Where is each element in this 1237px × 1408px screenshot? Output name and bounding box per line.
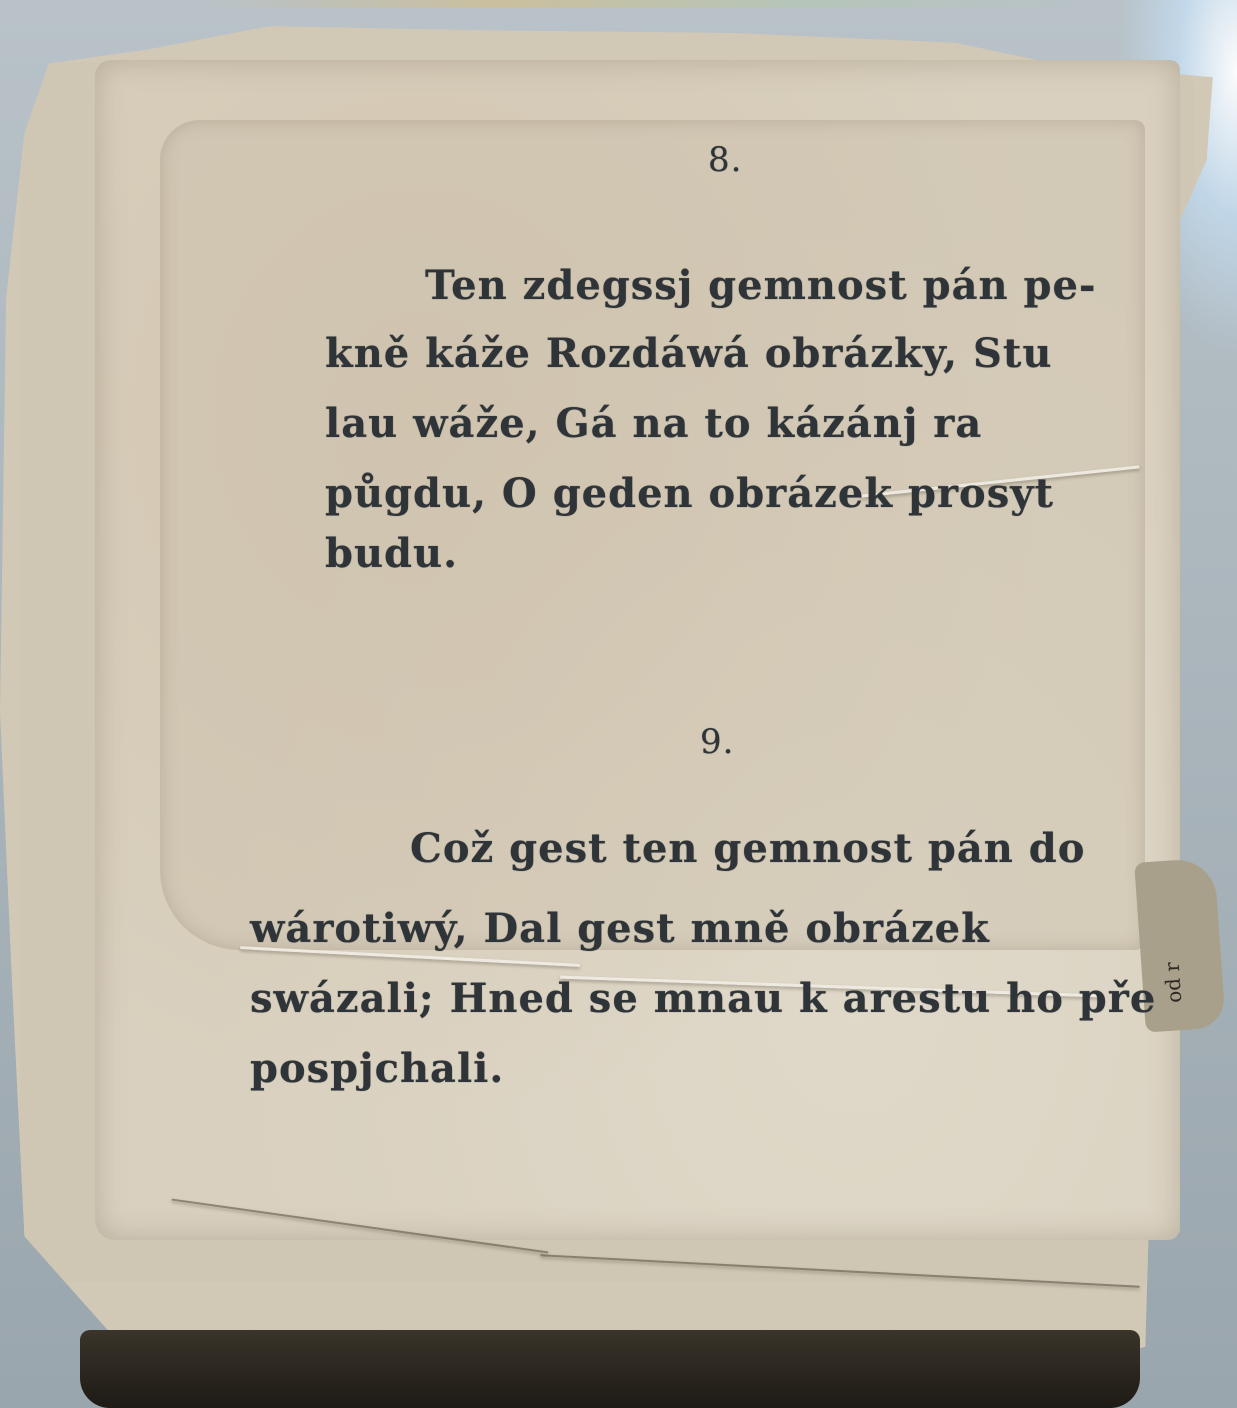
section-number: 8. xyxy=(708,140,742,180)
text-line: pospjchali. xyxy=(250,1045,504,1092)
text-line: Ten zdegssj gemnost pán pe- xyxy=(425,262,1097,309)
scanner-light-streak xyxy=(200,0,1100,8)
text-line: lau wáže, Gá na to kázánj ra xyxy=(325,400,982,447)
page-edge-shadow xyxy=(80,1330,1140,1408)
text-line: swázali; Hned se mnau k arestu ho pře xyxy=(250,975,1156,1022)
section-number: 9. xyxy=(700,722,734,762)
fragment-text: od r xyxy=(1160,961,1187,1003)
text-line: kně káže Rozdáwá obrázky, Stu xyxy=(325,330,1052,377)
text-line: wárotiwý, Dal gest mně obrázek xyxy=(250,905,990,952)
text-line: půgdu, O geden obrázek prosyt xyxy=(325,470,1054,517)
text-line: budu. xyxy=(325,530,458,577)
text-line: Což gest ten gemnost pán do xyxy=(410,825,1085,872)
